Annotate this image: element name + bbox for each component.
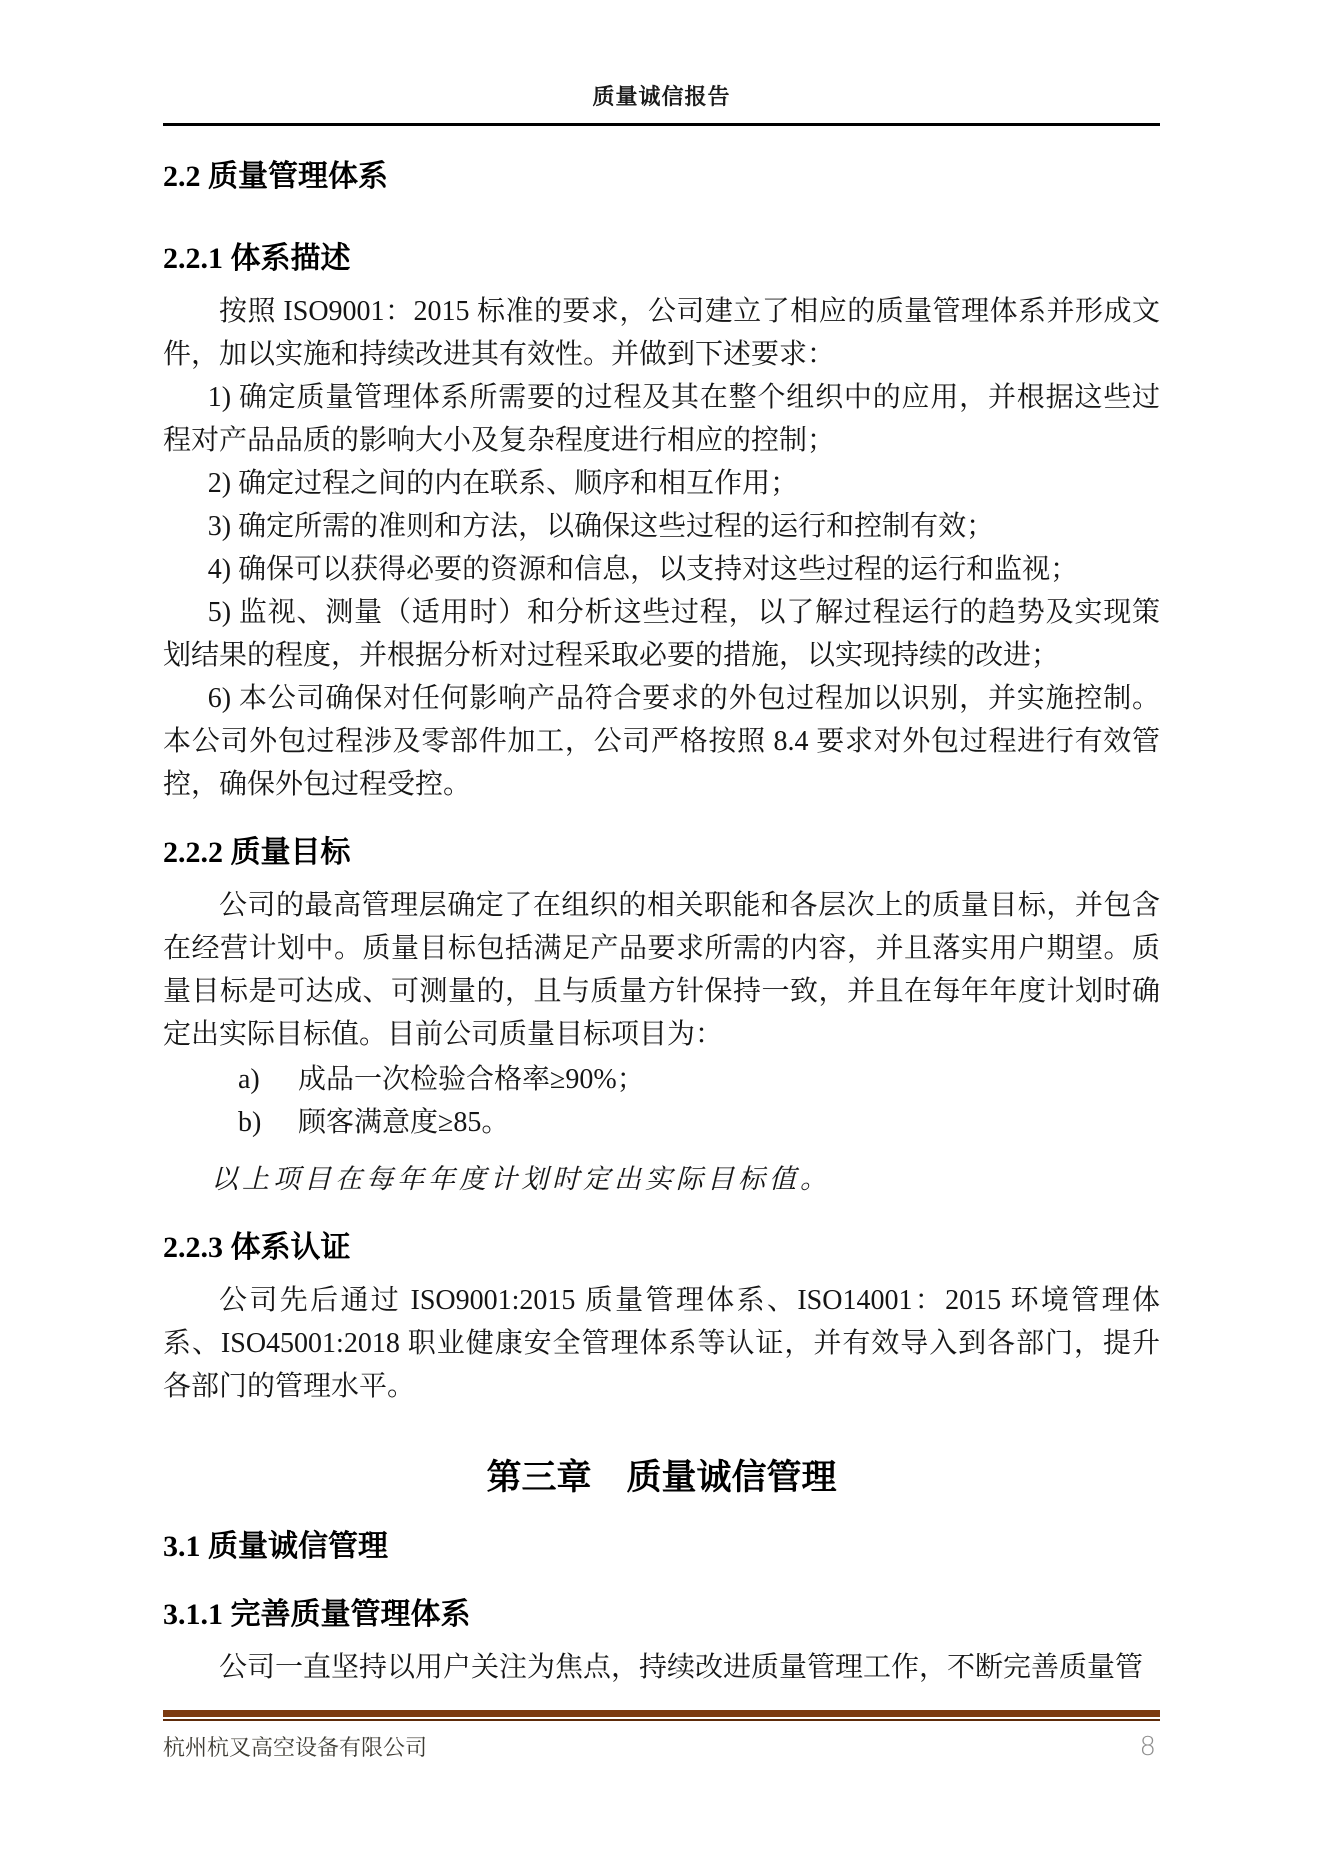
footer-row: 杭州杭叉高空设备有限公司 8 — [163, 1731, 1160, 1762]
section-heading-2-2-1: 2.2.1 体系描述 — [163, 238, 1160, 280]
paragraph-223-intro: 公司先后通过 ISO9001:2015 质量管理体系、ISO14001：2015… — [163, 1279, 1160, 1408]
page-header: 质量诚信报告 — [0, 0, 1323, 111]
goal-item-b: b)顾客满意度≥85。 — [163, 1101, 1160, 1144]
chapter-3-title: 第三章 质量诚信管理 — [163, 1454, 1160, 1502]
header-rule — [163, 123, 1160, 126]
goal-text-b: 顾客满意度≥85。 — [298, 1107, 509, 1138]
list-item-6: 6) 本公司确保对任何影响产品符合要求的外包过程加以识别，并实施控制。本公司外包… — [163, 677, 1160, 806]
footer-rule-thick — [163, 1710, 1160, 1717]
section-heading-3-1: 3.1 质量诚信管理 — [163, 1526, 1160, 1568]
section-heading-2-2-3: 2.2.3 体系认证 — [163, 1227, 1160, 1269]
goal-text-a: 成品一次检验合格率≥90%； — [298, 1064, 645, 1095]
paragraph-222-intro: 公司的最高管理层确定了在组织的相关职能和各层次上的质量目标，并包含在经营计划中。… — [163, 884, 1160, 1056]
footer-rule-thin — [163, 1719, 1160, 1721]
section-heading-2-2-2: 2.2.2 质量目标 — [163, 832, 1160, 874]
list-item-3: 3) 确定所需的准则和方法，以确保这些过程的运行和控制有效； — [163, 505, 1160, 548]
list-item-2: 2) 确定过程之间的内在联系、顺序和相互作用； — [163, 462, 1160, 505]
paragraph-221-intro: 按照 ISO9001：2015 标准的要求，公司建立了相应的质量管理体系并形成文… — [163, 290, 1160, 376]
goal-item-a: a)成品一次检验合格率≥90%； — [163, 1058, 1160, 1101]
goal-label-b: b) — [238, 1101, 298, 1144]
list-item-4: 4) 确保可以获得必要的资源和信息，以支持对这些过程的运行和监视； — [163, 548, 1160, 591]
quality-goal-list: a)成品一次检验合格率≥90%； b)顾客满意度≥85。 — [163, 1058, 1160, 1144]
list-item-1: 1) 确定质量管理体系所需要的过程及其在整个组织中的应用，并根据这些过程对产品品… — [163, 376, 1160, 462]
section-heading-3-1-1: 3.1.1 完善质量管理体系 — [163, 1594, 1160, 1636]
document-content: 2.2 质量管理体系 2.2.1 体系描述 按照 ISO9001：2015 标准… — [0, 156, 1323, 1689]
goal-note: 以上项目在每年年度计划时定出实际目标值。 — [163, 1158, 1160, 1201]
page-footer: 杭州杭叉高空设备有限公司 8 — [163, 1710, 1160, 1762]
list-item-5: 5) 监视、测量（适用时）和分析这些过程，以了解过程运行的趋势及实现策划结果的程… — [163, 591, 1160, 677]
paragraph-311-intro: 公司一直坚持以用户关注为焦点，持续改进质量管理工作，不断完善质量管 — [163, 1646, 1160, 1689]
section-heading-2-2: 2.2 质量管理体系 — [163, 156, 1160, 198]
footer-page-number: 8 — [1139, 1732, 1160, 1762]
document-page: 质量诚信报告 2.2 质量管理体系 2.2.1 体系描述 按照 ISO9001：… — [0, 0, 1323, 1871]
footer-company-name: 杭州杭叉高空设备有限公司 — [163, 1731, 427, 1762]
goal-label-a: a) — [238, 1058, 298, 1101]
header-title: 质量诚信报告 — [0, 80, 1323, 111]
